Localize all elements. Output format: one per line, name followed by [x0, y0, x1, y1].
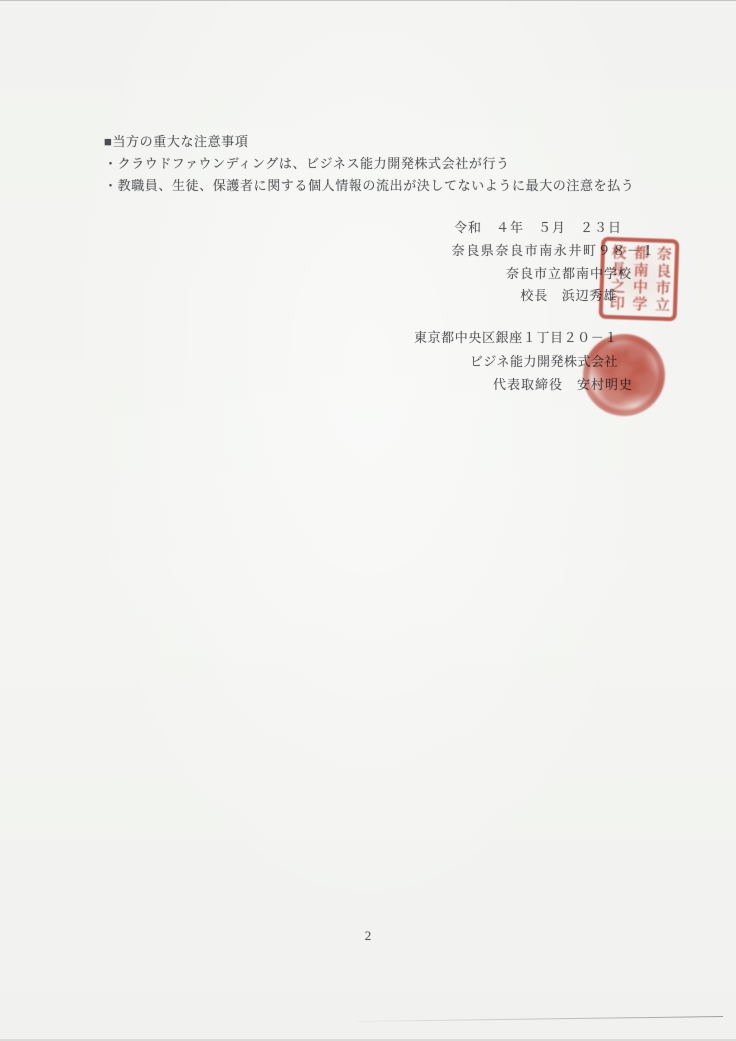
seal-text-column: 奈良市立: [652, 246, 671, 315]
school-official-square-seal: 奈良市立 都南中学 校長之印: [599, 237, 680, 322]
company-address-line: 東京都中央区銀座１丁目２０－１: [414, 329, 618, 346]
note-item: ・教職員、生徒、保護者に関する個人情報の流出が決してないように最大の注意を払う: [104, 175, 634, 197]
seal-text-column: 都南中学: [630, 245, 649, 314]
seal-text-column: 校長之印: [607, 244, 626, 313]
scanned-document-page: ■当方の重大な注意事項 ・クラウドファウンディングは、ビジネス能力開発株式会社が…: [0, 0, 736, 1041]
notes-section: ■当方の重大な注意事項 ・クラウドファウンディングは、ビジネス能力開発株式会社が…: [104, 131, 634, 197]
notes-heading: ■当方の重大な注意事項: [104, 131, 634, 153]
date-line: 令和 ４年 ５月 ２３日: [454, 219, 622, 236]
note-item: ・クラウドファウンディングは、ビジネス能力開発株式会社が行う: [104, 153, 634, 175]
page-number: 2: [352, 928, 384, 944]
scan-artifact-line: [357, 1016, 723, 1022]
